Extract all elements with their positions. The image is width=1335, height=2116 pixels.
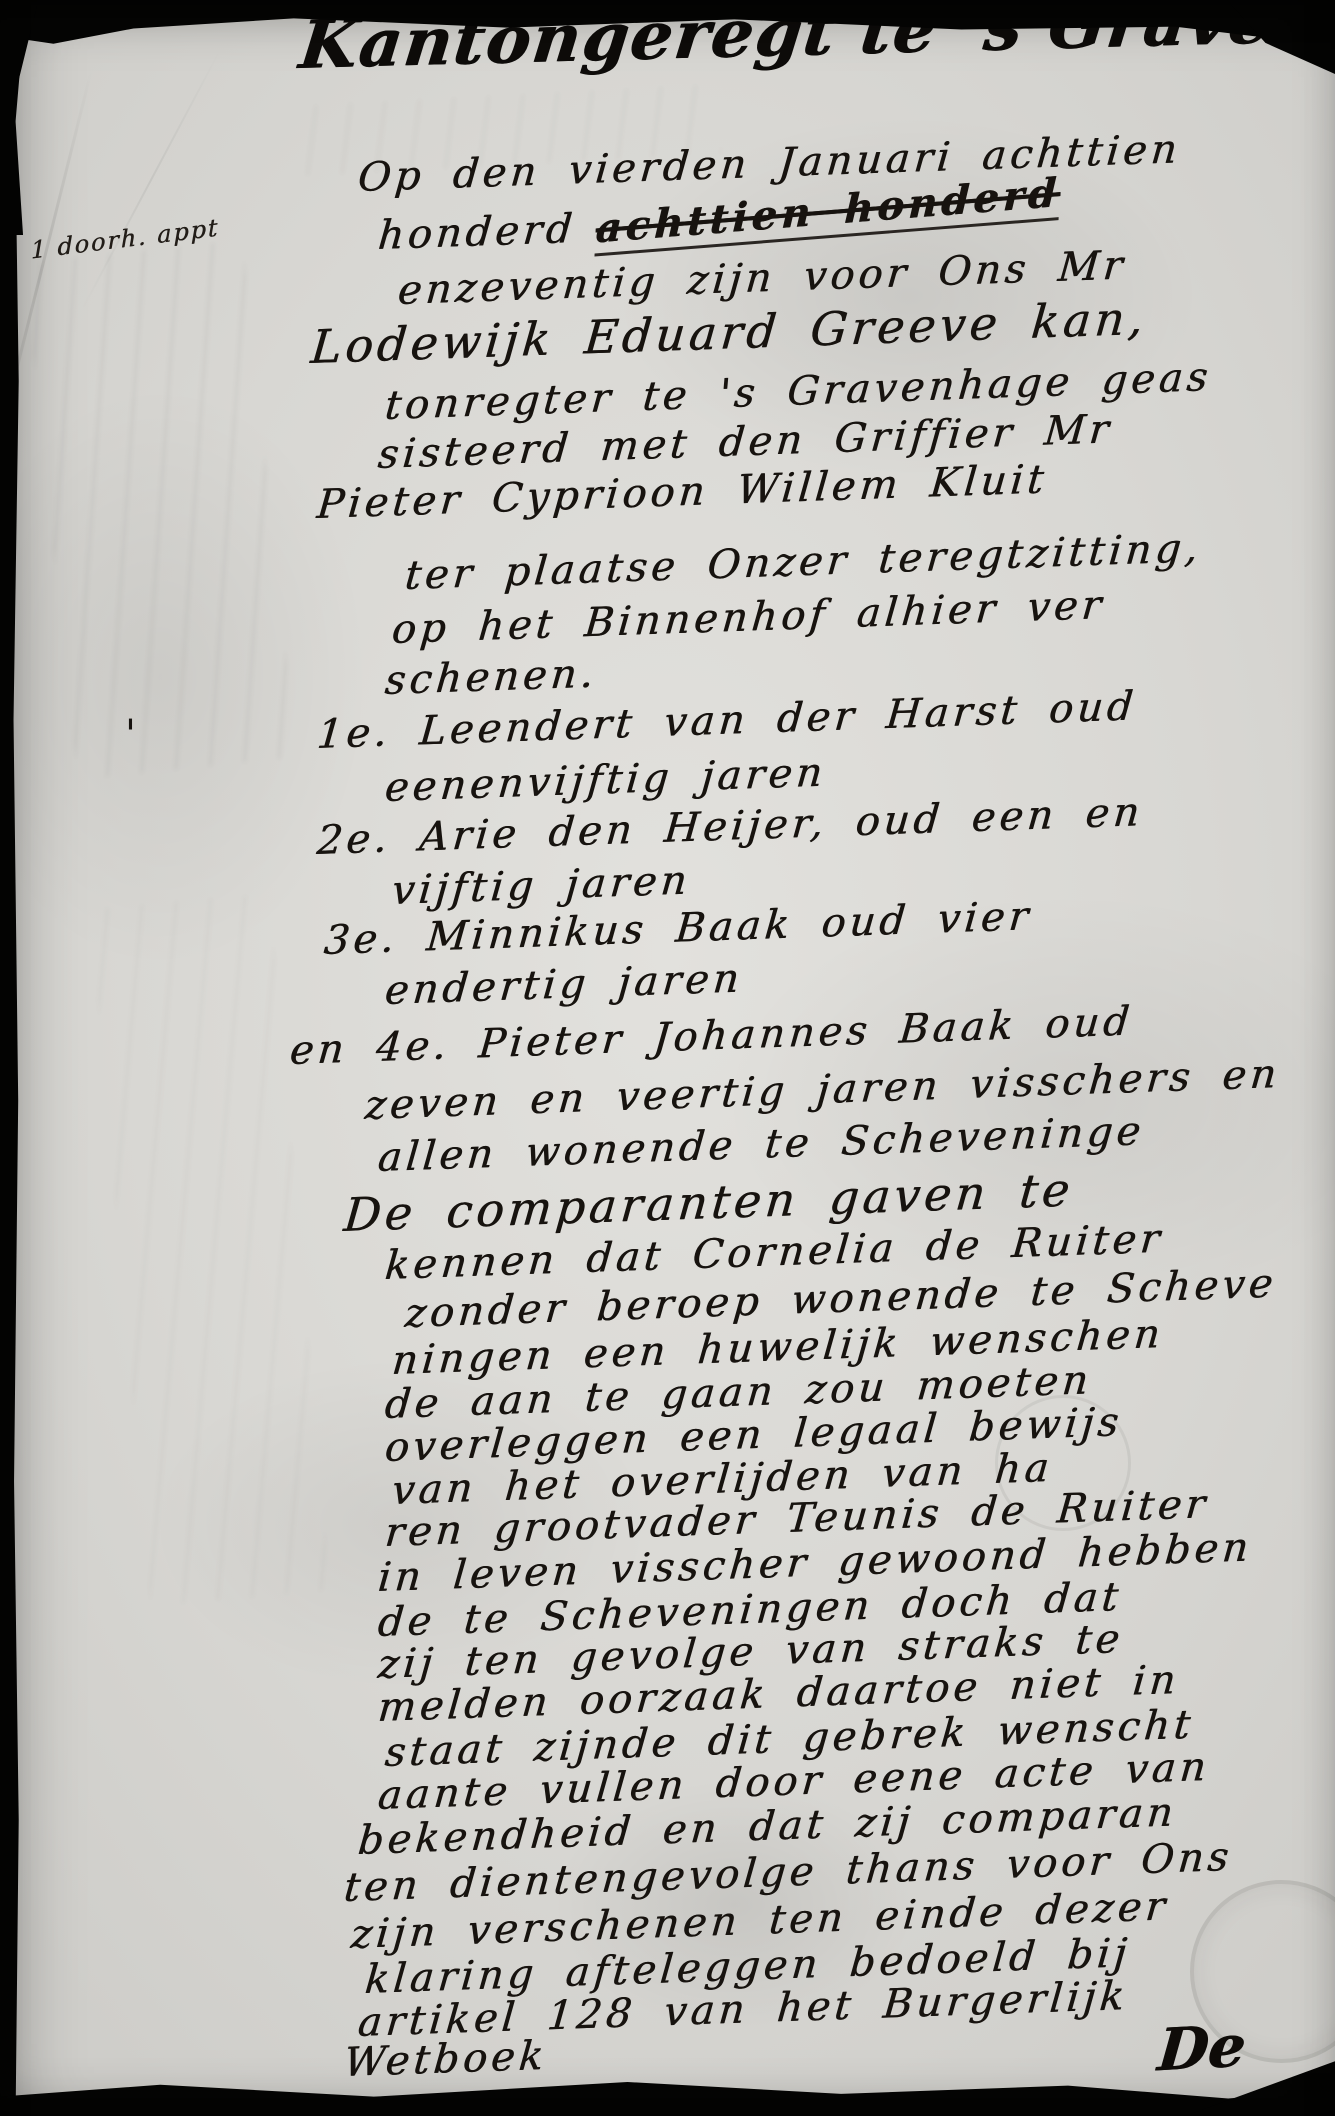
film-edge-bottom xyxy=(0,2070,1335,2116)
margin-tick-mark: ' xyxy=(125,712,136,758)
manuscript-line: Wetboek xyxy=(342,2033,549,2086)
bleed-through-ghost xyxy=(90,893,330,1606)
margin-annotation: 1 doorh. appt xyxy=(30,213,219,264)
catchword: De xyxy=(1155,2012,1248,2085)
film-edge-left xyxy=(0,0,26,2116)
scanned-manuscript-page: Kantongeregt te 's Gravenhage 1 doorh. a… xyxy=(0,0,1335,2116)
manuscript-line: vijftig jaren xyxy=(390,857,692,914)
manuscript-line: endertig jaren xyxy=(383,955,745,1014)
bleed-through-ghost xyxy=(23,240,296,780)
paper-crease xyxy=(80,47,223,313)
manuscript-line: schenen. xyxy=(383,651,599,705)
